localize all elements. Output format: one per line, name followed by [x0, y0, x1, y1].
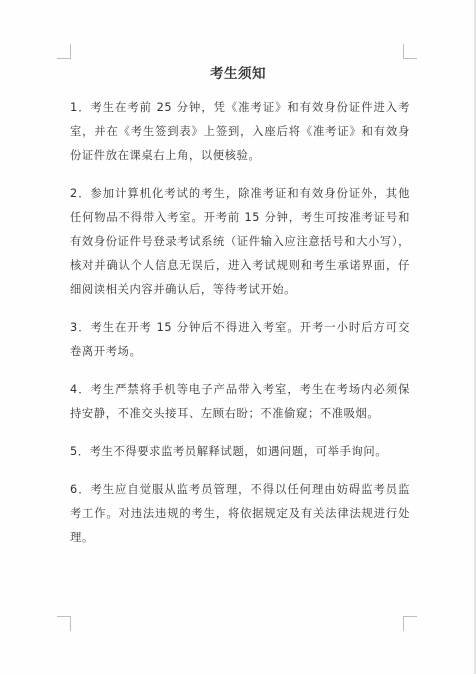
margin-corner-top-right — [403, 44, 417, 59]
document-title: 考生须知 — [0, 62, 476, 82]
margin-corner-top-left — [57, 44, 71, 59]
paragraph-3: 3．考生在开考 15 分钟后不得进入考室。开考一小时后方可交卷离开考场。 — [70, 316, 410, 364]
paragraph-1: 1．考生在考前 25 分钟，凭《准考证》和有效身份证件进入考室，并在《考生签到表… — [70, 96, 410, 168]
margin-corner-bottom-left — [57, 616, 71, 631]
paragraph-2: 2．参加计算机化考试的考生，除准考证和有效身份证外，其他任何物品不得带入考室。开… — [70, 182, 410, 302]
paragraph-4: 4．考生严禁将手机等电子产品带入考室，考生在考场内必须保持安静，不准交头接耳、左… — [70, 378, 410, 426]
document-body: 1．考生在考前 25 分钟，凭《准考证》和有效身份证件进入考室，并在《考生签到表… — [70, 96, 410, 564]
paragraph-5: 5．考生不得要求监考员解释试题，如遇问题，可举手询问。 — [70, 440, 410, 464]
paragraph-6: 6．考生应自觉服从监考员管理，不得以任何理由妨碍监考员监考工作。对违法违规的考生… — [70, 478, 410, 550]
margin-corner-bottom-right — [403, 616, 417, 631]
